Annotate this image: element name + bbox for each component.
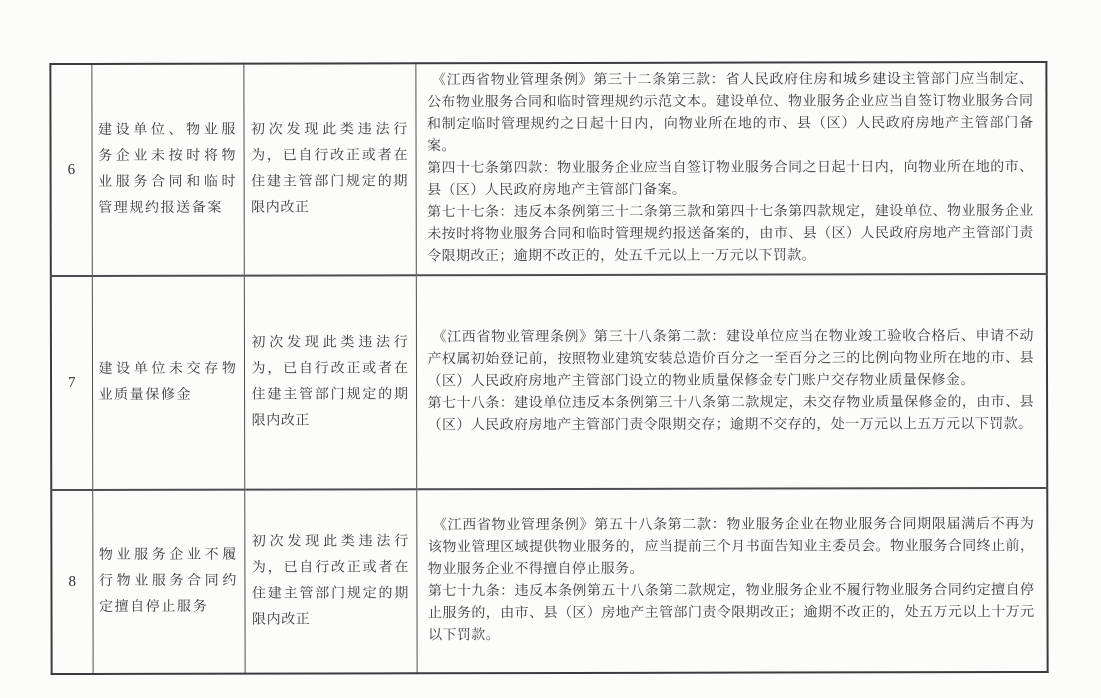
legal-basis-paragraph: 第七十九条：违反本条例第五十八条第二款规定，物业服务企业不履行物业服务合同约定擅… <box>428 580 1035 647</box>
legal-basis-cell: 《江西省物业管理条例》第三十八条第二款：建设单位应当在物业竣工验收合格后、申请不… <box>416 274 1047 489</box>
correction-condition-cell: 初次发现此类违法行为，已自行改正或者在住建主管部门规定的期限内改正 <box>244 489 416 673</box>
legal-basis-paragraph: 《江西省物业管理条例》第五十八条第二款：物业服务企业在物业服务合同期限届满后不再… <box>428 514 1035 581</box>
table-row: 7 建设单位未交存物业质量保修金 初次发现此类违法行为，已自行改正或者在住建主管… <box>51 274 1047 490</box>
legal-basis-paragraph: 第四十七条第四款：物业服务企业应当自签订物业服务合同之日起十日内，向物业所在地的… <box>427 157 1034 202</box>
row-number-cell: 7 <box>51 276 92 490</box>
violation-text: 建设单位、物业服务企业未按时将物业服务合同和临时管理规约报送备案 <box>98 123 237 216</box>
row-number-cell: 8 <box>51 490 92 674</box>
table-row: 6 建设单位、物业服务企业未按时将物业服务合同和临时管理规约报送备案 初次发现此… <box>50 62 1046 276</box>
row-number: 7 <box>68 374 76 390</box>
violation-text: 物业服务企业不履行物业服务合同约定擅自停止服务 <box>99 548 238 615</box>
row-number: 8 <box>68 573 76 589</box>
correction-text: 初次发现此类违法行为，已自行改正或者在住建主管部门规定的期限内改正 <box>251 122 408 215</box>
table-row: 8 物业服务企业不履行物业服务合同约定擅自停止服务 初次发现此类违法行为，已自行… <box>51 488 1047 674</box>
correction-text: 初次发现此类违法行为，已自行改正或者在住建主管部门规定的期限内改正 <box>252 534 409 627</box>
scanned-document-page: 6 建设单位、物业服务企业未按时将物业服务合同和临时管理规约报送备案 初次发现此… <box>0 0 1101 698</box>
regulation-table: 6 建设单位、物业服务企业未按时将物业服务合同和临时管理规约报送备案 初次发现此… <box>49 61 1048 675</box>
violation-cell: 建设单位未交存物业质量保修金 <box>92 276 244 490</box>
legal-basis-cell: 《江西省物业管理条例》第五十八条第二款：物业服务企业在物业服务合同期限届满后不再… <box>416 488 1047 673</box>
row-number: 6 <box>68 161 76 177</box>
legal-basis-paragraph: 《江西省物业管理条例》第三十二条第三款：省人民政府住房和城乡建设主管部门应当制定… <box>427 69 1034 158</box>
legal-basis-cell: 《江西省物业管理条例》第三十二条第三款：省人民政府住房和城乡建设主管部门应当制定… <box>415 62 1046 275</box>
legal-basis-paragraph: 《江西省物业管理条例》第三十八条第二款：建设单位应当在物业竣工验收合格后、申请不… <box>427 326 1034 393</box>
correction-condition-cell: 初次发现此类违法行为，已自行改正或者在住建主管部门规定的期限内改正 <box>243 63 415 275</box>
violation-cell: 物业服务企业不履行物业服务合同约定擅自停止服务 <box>92 490 244 674</box>
violation-text: 建设单位未交存物业质量保修金 <box>98 362 237 403</box>
violation-cell: 建设单位、物业服务企业未按时将物业服务合同和临时管理规约报送备案 <box>91 64 243 276</box>
correction-condition-cell: 初次发现此类违法行为，已自行改正或者在住建主管部门规定的期限内改正 <box>244 275 416 489</box>
row-number-cell: 6 <box>50 64 91 276</box>
legal-basis-paragraph: 第七十七条：违反本条例第三十二条第三款和第四十七条第四款规定，建设单位、物业服务… <box>427 201 1034 268</box>
correction-text: 初次发现此类违法行为，已自行改正或者在住建主管部门规定的期限内改正 <box>251 335 408 428</box>
legal-basis-paragraph: 第七十八条：建设单位违反本条例第三十八条第二款规定，未交存物业质量保修金的，由市… <box>428 392 1035 437</box>
